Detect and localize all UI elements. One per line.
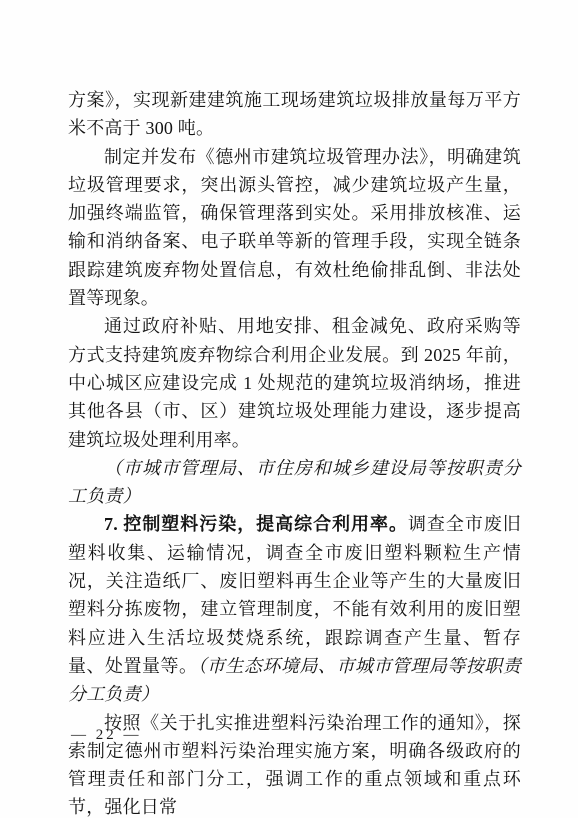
paragraph-support-policies: 通过政府补贴、用地安排、租金减免、政府采购等方式支持建筑废弃物综合利用企业发展。… (68, 312, 521, 453)
paragraph-text: 方案》，实现新建建筑施工现场建筑垃圾排放量每万平方米不高于 300 吨。 (68, 90, 521, 138)
paragraph-text: 制定并发布《德州市建筑垃圾管理办法》，明确建筑垃圾管理要求，突出源头管控，减少建… (68, 147, 521, 308)
document-page: 方案》，实现新建建筑施工现场建筑垃圾排放量每万平方米不高于 300 吨。 制定并… (0, 0, 578, 818)
item-7-heading-text: 7. 控制塑料污染，提高综合利用率。 (104, 514, 408, 534)
paragraph-plastic-notice: 按照《关于扎实推进塑料污染治理工作的通知》，探索制定德州市塑料污染治理实施方案，… (68, 709, 521, 818)
paragraph-text: 通过政府补贴、用地安排、租金减免、政府采购等方式支持建筑废弃物综合利用企业发展。… (68, 316, 521, 449)
document-body: 方案》，实现新建建筑施工现场建筑垃圾排放量每万平方米不高于 300 吨。 制定并… (68, 86, 521, 818)
paragraph-text: 调查全市废旧塑料收集、运输情况，调查全市废旧塑料颗粒生产情况，关注造纸厂、废旧塑… (68, 514, 521, 675)
paragraph-construction-waste-measures: 制定并发布《德州市建筑垃圾管理办法》，明确建筑垃圾管理要求，突出源头管控，减少建… (68, 143, 521, 313)
page-number: — 22 — (71, 727, 142, 744)
responsibility-clause-text: （市城市管理局、市住房和城乡建设局等按职责分工负责） (68, 458, 521, 506)
paragraph-item-7-plastic-pollution: 7. 控制塑料污染，提高综合利用率。调查全市废旧塑料收集、运输情况，调查全市废旧… (68, 510, 521, 708)
paragraph-responsibility-clause: （市城市管理局、市住房和城乡建设局等按职责分工负责） (68, 454, 521, 511)
paragraph-continuation: 方案》，实现新建建筑施工现场建筑垃圾排放量每万平方米不高于 300 吨。 (68, 86, 521, 143)
